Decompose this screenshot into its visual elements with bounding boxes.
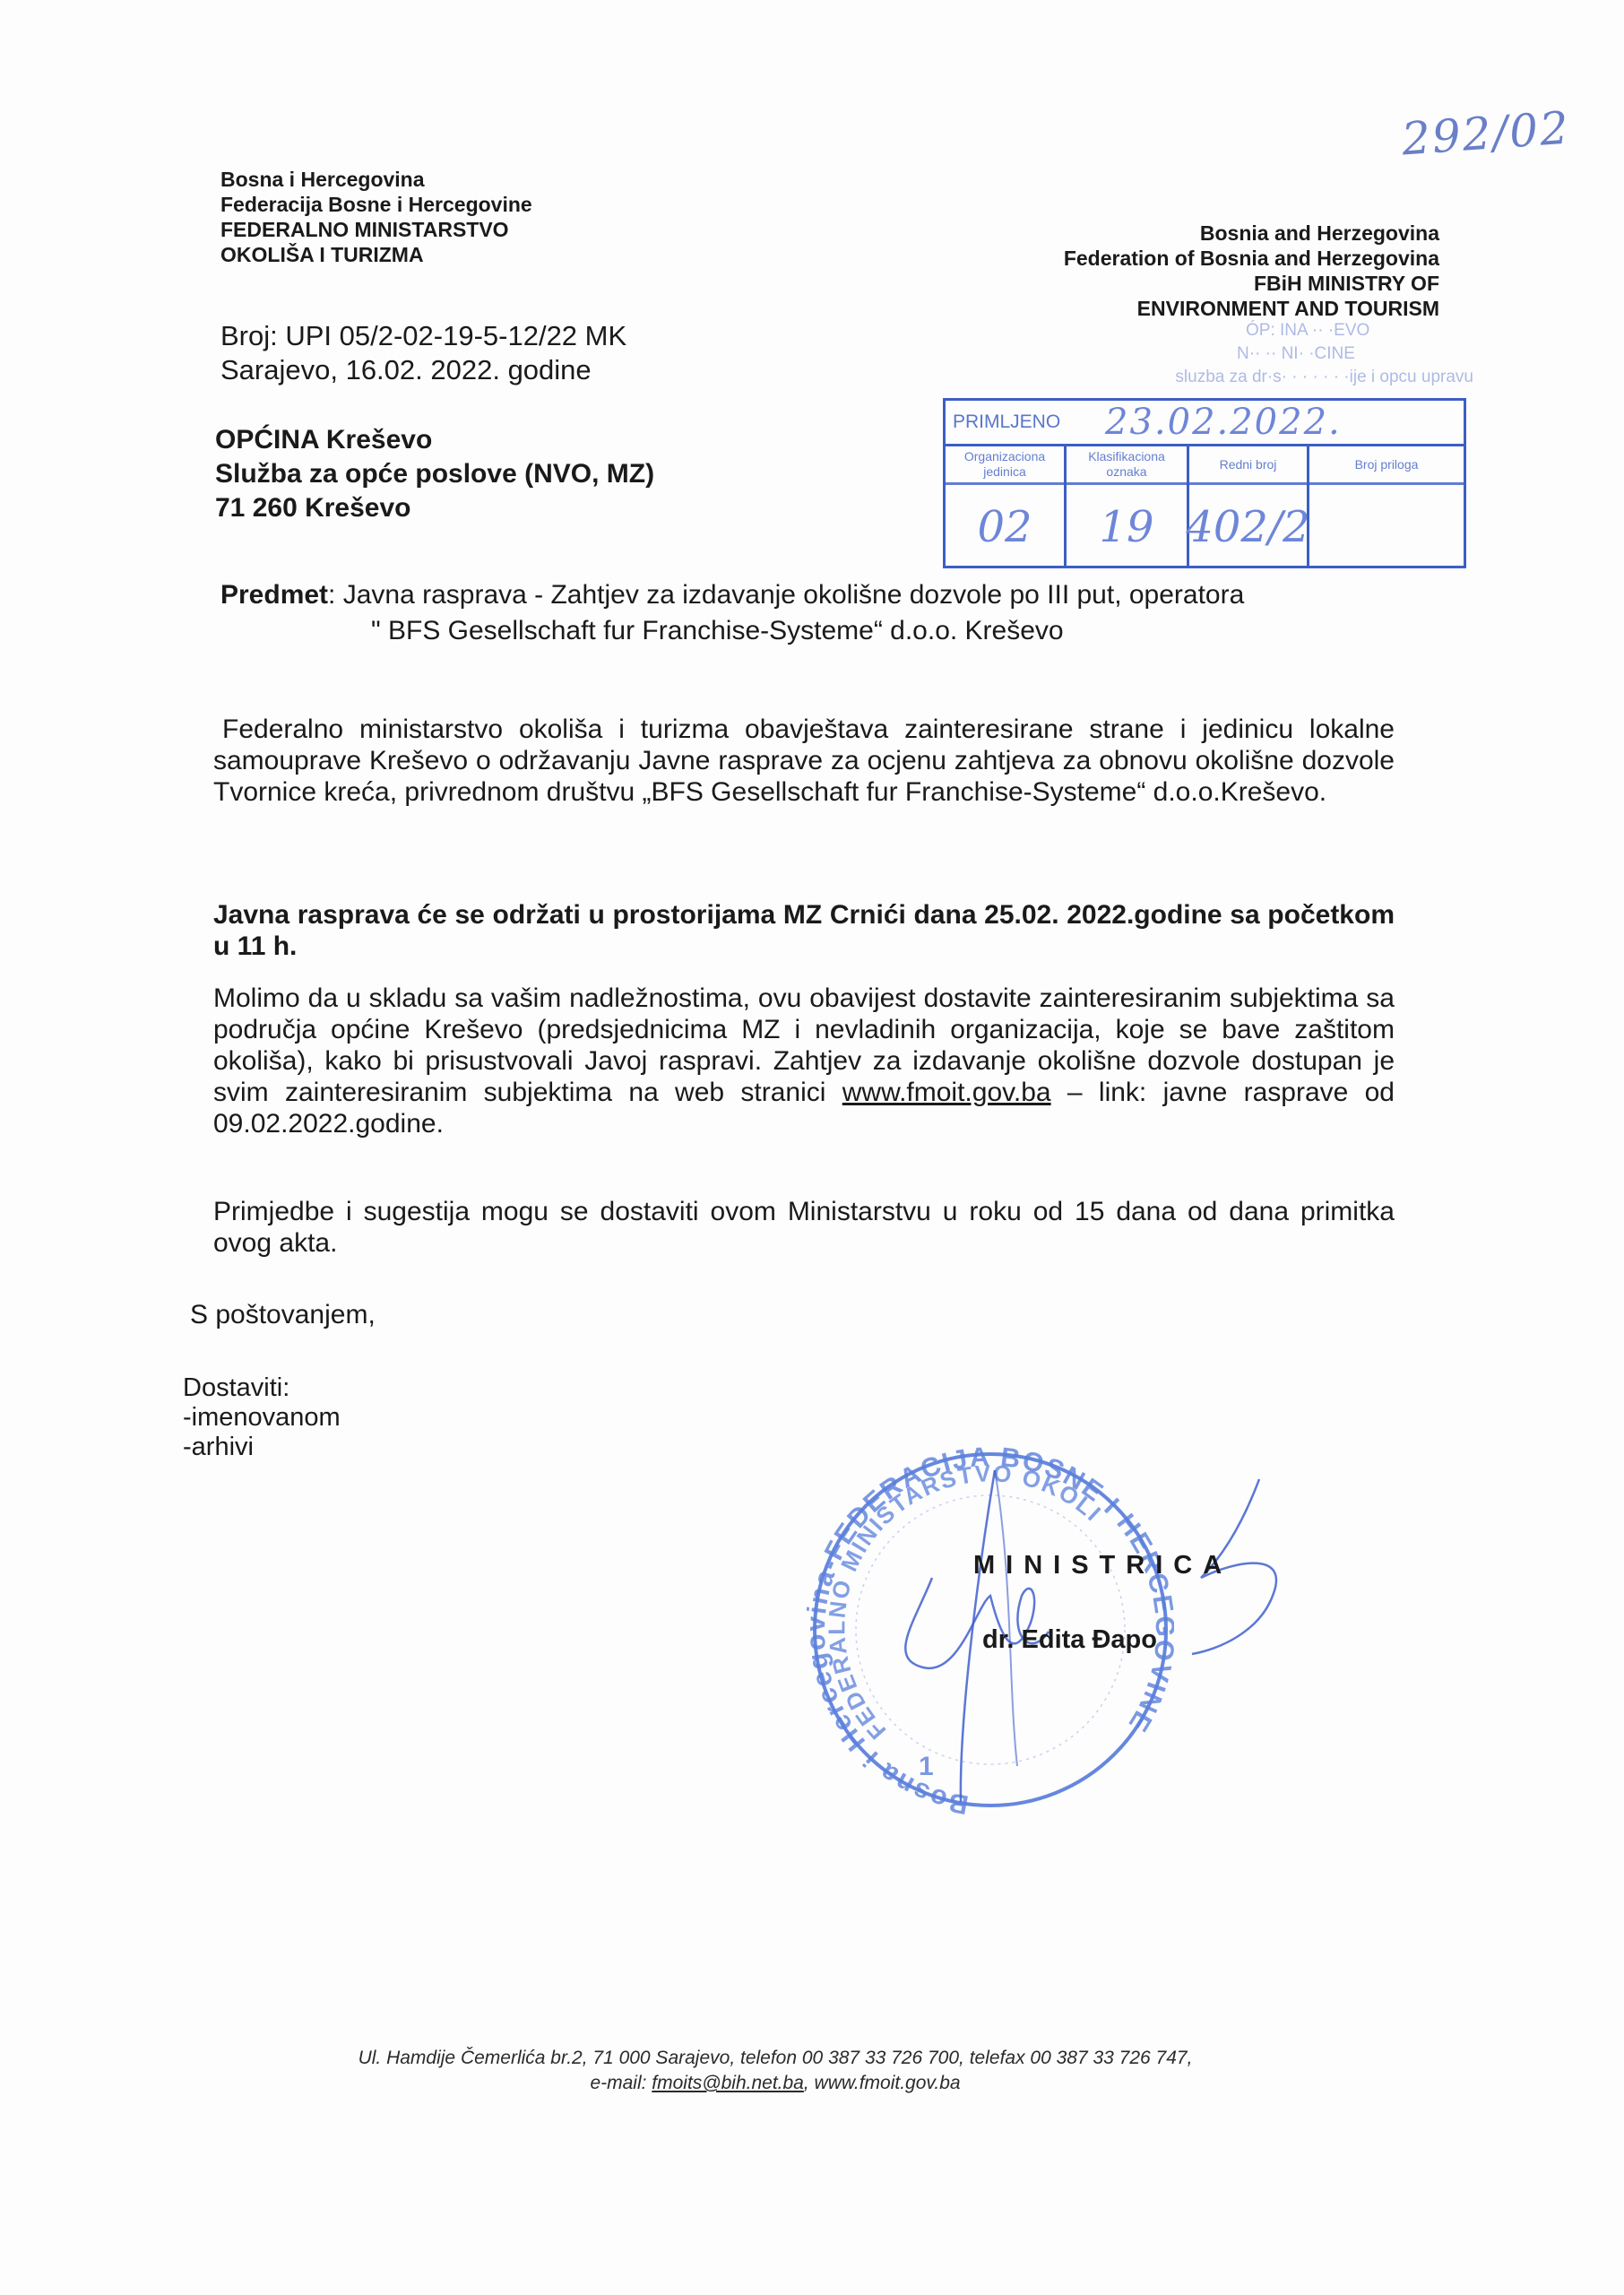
distribution-item: -imenovanom xyxy=(183,1403,341,1433)
letterhead-line: ENVIRONMENT AND TOURISM xyxy=(1064,296,1439,321)
body-paragraph: Primjedbe i sugestija mogu se dostaviti … xyxy=(213,1196,1395,1259)
footer-website: , www.fmoit.gov.ba xyxy=(804,2073,961,2093)
subject-line: Javna rasprava - Zahtjev za izdavanje ok… xyxy=(343,580,1245,610)
letterhead-line: OKOLIŠA I TURIZMA xyxy=(220,242,532,267)
recipient-line: 71 260 Kreševo xyxy=(215,491,654,525)
stamp-faded-header: ÓP: INA ·· ·EVO N·· ·· NI· ·CINE sluzba … xyxy=(941,319,1473,389)
handwritten-registry-note: 292/02 xyxy=(1400,102,1571,166)
letterhead-left: Bosna i Hercegovina Federacija Bosne i H… xyxy=(220,167,532,267)
ministry-website-link[interactable]: www.fmoit.gov.ba xyxy=(842,1078,1051,1107)
recipient-line: OPĆINA Kreševo xyxy=(215,423,654,457)
stamp-cell-attachments: Broj priloga xyxy=(1309,446,1464,568)
distribution-title: Dostaviti: xyxy=(183,1373,341,1403)
stamp-cell-value: 19 xyxy=(1067,485,1187,568)
stamp-grid: Organizaciona jedinica 02 Klasifikaciona… xyxy=(946,446,1464,568)
stamp-faded-line: N·· ·· NI· ·CINE xyxy=(941,342,1473,366)
stamp-cell-serial: Redni broj 402/2 xyxy=(1189,446,1309,568)
reference-number: Broj: UPI 05/2-02-19-5-12/22 MK xyxy=(220,319,626,353)
recipient-address: OPĆINA Kreševo Služba za opće poslove (N… xyxy=(215,423,654,525)
letterhead-line: Bosna i Hercegovina xyxy=(220,167,532,192)
received-stamp: PRIMLJENO 23.02.2022. Organizaciona jedi… xyxy=(943,398,1466,568)
stamp-faded-line: ÓP: INA ·· ·EVO xyxy=(941,319,1473,342)
stamp-cell-header: Redni broj xyxy=(1189,446,1307,485)
stamp-received-row: PRIMLJENO 23.02.2022. xyxy=(946,401,1464,446)
body-paragraph: Molimo da u skladu sa vašim nadležnostim… xyxy=(213,983,1395,1139)
letterhead-line: Federacija Bosne i Hercegovine xyxy=(220,192,532,217)
subject: Predmet: Javna rasprava - Zahtjev za izd… xyxy=(220,577,1404,649)
stamp-cell-value: 02 xyxy=(946,485,1064,568)
letterhead-line: Federation of Bosnia and Herzegovina xyxy=(1064,246,1439,271)
letterhead-line: Bosnia and Herzegovina xyxy=(1064,221,1439,246)
footer-contact: Ul. Hamdije Čemerlića br.2, 71 000 Saraj… xyxy=(296,2046,1255,2096)
subject-label: Predmet xyxy=(220,580,328,610)
stamp-faded-line: sluzba za dr·s· · · · · · ·ije i opcu up… xyxy=(941,366,1473,389)
recipient-line: Služba za opće poslove (NVO, MZ) xyxy=(215,457,654,491)
stamp-received-date: 23.02.2022. xyxy=(1105,402,1342,443)
distribution-item: -arhivi xyxy=(183,1433,341,1462)
distribution-list: Dostaviti: -imenovanom -arhivi xyxy=(183,1373,341,1462)
stamp-cell-classification: Klasifikaciona oznaka 19 xyxy=(1067,446,1189,568)
subject-line: " BFS Gesellschaft fur Franchise-Systeme… xyxy=(220,613,1404,649)
letterhead-line: FEDERALNO MINISTARSTVO xyxy=(220,217,532,242)
svg-text:1: 1 xyxy=(919,1752,934,1781)
place-date: Sarajevo, 16.02. 2022. godine xyxy=(220,353,626,387)
footer-email-link[interactable]: fmoits@bih.net.ba xyxy=(652,2073,804,2093)
stamp-cell-value: 402/2 xyxy=(1189,485,1307,568)
letterhead-right: Bosnia and Herzegovina Federation of Bos… xyxy=(1064,221,1439,321)
letterhead-line: FBiH MINISTRY OF xyxy=(1064,271,1439,296)
stamp-cell-org-unit: Organizaciona jedinica 02 xyxy=(946,446,1067,568)
stamp-cell-header: Organizaciona jedinica xyxy=(946,446,1064,485)
body-paragraph: Federalno ministarstvo okoliša i turizma… xyxy=(213,714,1395,808)
document-reference: Broj: UPI 05/2-02-19-5-12/22 MK Sarajevo… xyxy=(220,319,626,387)
stamp-cell-value xyxy=(1309,485,1464,568)
footer-address: Ul. Hamdije Čemerlića br.2, 71 000 Saraj… xyxy=(296,2046,1255,2071)
stamp-cell-header: Klasifikaciona oznaka xyxy=(1067,446,1187,485)
closing: S poštovanjem, xyxy=(190,1300,376,1330)
hearing-announcement: Javna rasprava će se održati u prostorij… xyxy=(213,899,1395,962)
signatory-title: MINISTRICA xyxy=(973,1551,1232,1581)
stamp-received-label: PRIMLJENO xyxy=(946,411,1105,433)
stamp-cell-header: Broj priloga xyxy=(1309,446,1464,485)
signatory-name: dr. Edita Đapo xyxy=(982,1625,1157,1655)
